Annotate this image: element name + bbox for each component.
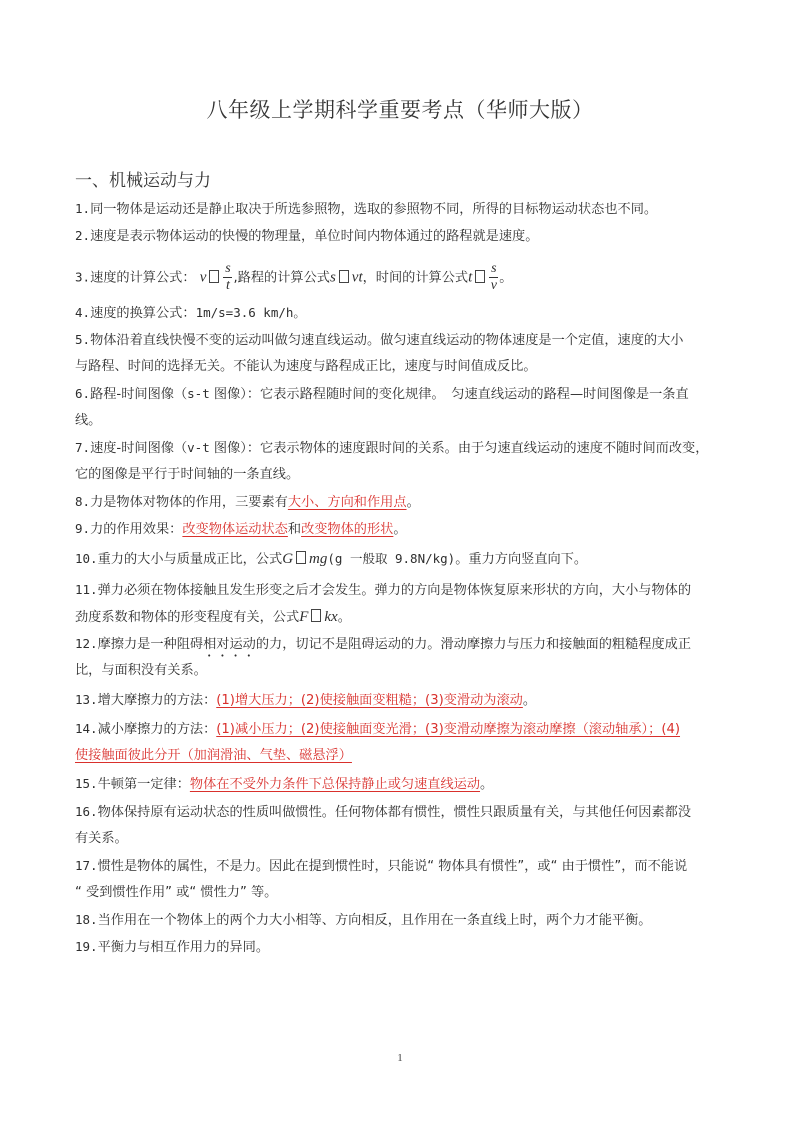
equals-placeholder-icon <box>209 270 219 283</box>
point-14: 14.减小摩擦力的方法：(1)减小压力；(2)使接触面变光滑；(3)变滑动摩擦为… <box>75 719 680 740</box>
point-14-cont: 使接触面彼此分开（加润滑油、气垫、磁悬浮） <box>75 746 352 766</box>
point-19: 19.平衡力与相互作用力的异同。 <box>75 937 269 958</box>
document-title: 八年级上学期科学重要考点（华师大版） <box>0 94 800 124</box>
point-3: 3.速度的计算公式： vst,路程的计算公式svt，时间的计算公式tsv。 <box>75 262 512 294</box>
highlight-shape: 改变物体的形状 <box>301 522 393 537</box>
point-16-cont: 有关系。 <box>75 829 128 849</box>
equals-placeholder-icon <box>296 551 306 564</box>
point-10: 10.重力的大小与质量成正比，公式Gmg(g 一般取 9.8N/kg)。重力方向… <box>75 549 587 570</box>
page-number: 1 <box>0 1052 800 1064</box>
point-9: 9.力的作用效果：改变物体运动状态和改变物体的形状。 <box>75 519 407 540</box>
point-1: 1.同一物体是运动还是静止取决于所选参照物，选取的参照物不同，所得的目标物运动状… <box>75 199 657 220</box>
highlight-motion-state: 改变物体运动状态 <box>182 522 288 537</box>
point-6: 6.路程-时间图像（s-t 图像）：它表示路程随时间的变化规律。 匀速直线运动的… <box>75 384 689 405</box>
point-7: 7.速度-时间图像（v-t 图像）：它表示物体的速度跟时间的关系。由于匀速直线运… <box>75 438 708 459</box>
point-5-cont: 与路程、时间的选择无关。不能认为速度与路程成正比，速度与时间值成反比。 <box>75 357 537 377</box>
highlight-newtons-first-law: 物体在不受外力条件下总保持静止或匀速直线运动 <box>190 777 480 792</box>
point-5: 5.物体沿着直线快慢不变的运动叫做匀速直线运动。做匀速直线运动的物体速度是一个定… <box>75 330 684 351</box>
point-2: 2.速度是表示物体运动的快慢的物理量，单位时间内物体通过的路程就是速度。 <box>75 226 538 247</box>
point-4: 4.速度的换算公式：1m/s=3.6 km/h。 <box>75 303 306 324</box>
point-18: 18.当作用在一个物体上的两个力大小相等、方向相反，且作用在一条直线上时，两个力… <box>75 910 651 931</box>
document-page: 八年级上学期科学重要考点（华师大版） 一、机械运动与力 1.同一物体是运动还是静… <box>0 0 800 1132</box>
fraction-s-over-v: sv <box>489 262 498 293</box>
highlight-three-elements: 大小、方向和作用点 <box>288 495 407 510</box>
equals-placeholder-icon <box>339 270 349 283</box>
point-12: 12.摩擦力是一种阻碍相对运动的力，切记不是阻碍运动的力。滑动摩擦力与压力和接触… <box>75 634 691 660</box>
highlight-decrease-friction-cont: 使接触面彼此分开（加润滑油、气垫、磁悬浮） <box>75 748 352 763</box>
highlight-increase-friction: (1)增大压力；(2)使接触面变粗糙；(3)变滑动为滚动 <box>216 693 523 708</box>
point-15: 15.牛顿第一定律：物体在不受外力条件下总保持静止或匀速直线运动。 <box>75 774 493 795</box>
equals-placeholder-icon <box>311 609 321 622</box>
emphasis-relative-motion: 相对运动 <box>203 637 256 652</box>
fraction-s-over-t: st <box>223 262 232 293</box>
point-17: 17.惯性是物体的属性，不是力。因此在提到惯性时，只能说“ 物体具有惯性”，或“… <box>75 856 687 877</box>
point-7-cont: 它的图像是平行于时间轴的一条直线。 <box>75 465 299 485</box>
point-16: 16.物体保持原有运动状态的性质叫做惯性。任何物体都有惯性，惯性只跟质量有关，与… <box>75 802 691 823</box>
point-11-cont: 劲度系数和物体的形变程度有关，公式Fkx。 <box>75 607 351 628</box>
equals-placeholder-icon <box>475 270 485 283</box>
point-8: 8.力是物体对物体的作用，三要素有大小、方向和作用点。 <box>75 492 420 513</box>
point-13: 13.增大摩擦力的方法：(1)增大压力；(2)使接触面变粗糙；(3)变滑动为滚动… <box>75 690 536 711</box>
point-17-cont: “ 受到惯性作用” 或“ 惯性力” 等。 <box>75 883 277 903</box>
point-12-cont: 比，与面积没有关系。 <box>75 661 207 681</box>
point-6-cont: 线。 <box>75 411 101 431</box>
highlight-decrease-friction: (1)减小压力；(2)使接触面变光滑；(3)变滑动摩擦为滚动摩擦（滚动轴承）；(… <box>216 722 680 737</box>
point-11: 11.弹力必须在物体接触且发生形变之后才会发生。弹力的方向是物体恢复原来形状的方… <box>75 580 691 601</box>
section-heading: 一、机械运动与力 <box>75 166 211 191</box>
